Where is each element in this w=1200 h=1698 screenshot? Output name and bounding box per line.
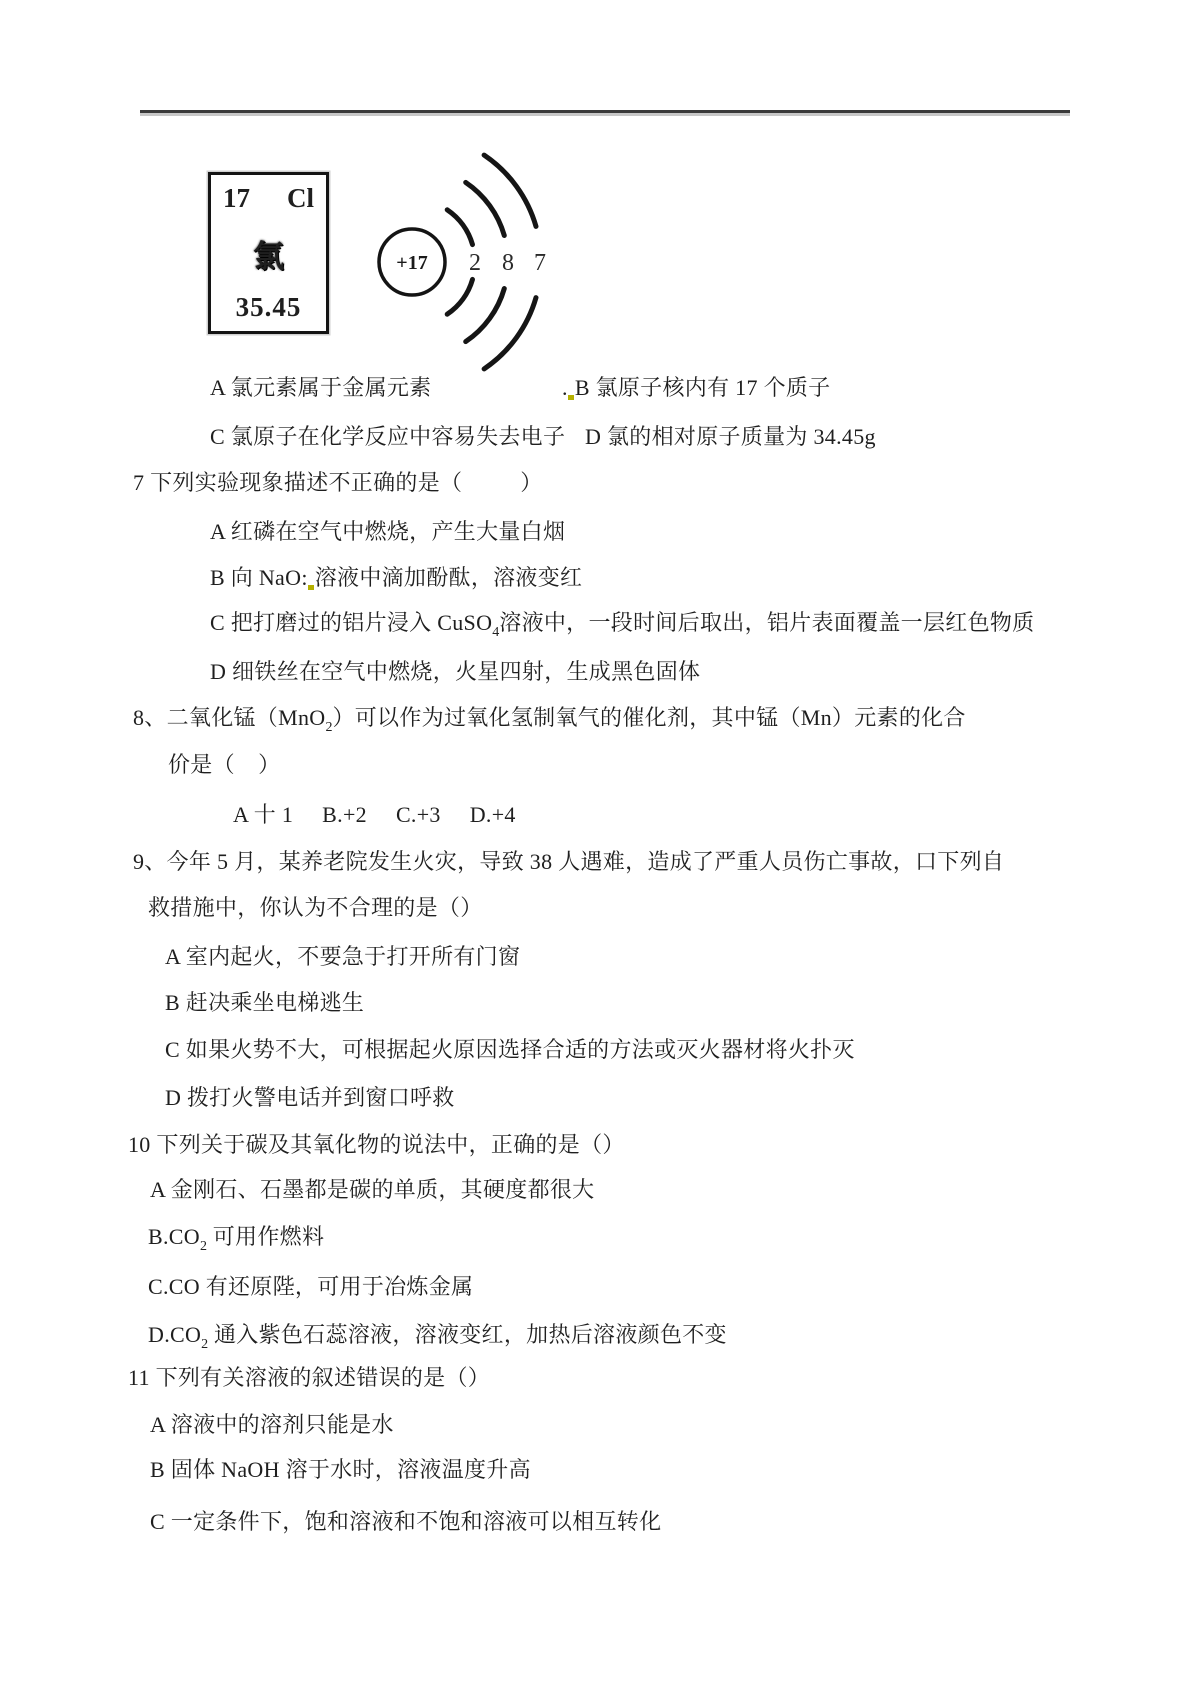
question-11-option-b: B 固体 NaOH 溶于水时，溶液温度升高 <box>150 1456 531 1484</box>
electron-shell-arc <box>447 210 472 245</box>
atom-diagram: +17 2 8 7 <box>340 130 580 390</box>
question-9-option-a: A 室内起火，不要急于打开所有门窗 <box>165 943 520 971</box>
option-text-pre: B.CO <box>148 1224 200 1249</box>
stem-text-post: ）可以作为过氧化氢制氧气的催化剂，其中锰（Mn）元素的化合 <box>332 705 965 730</box>
element-question-option-c: C 氯原子在化学反应中容易失去电子 <box>210 423 565 451</box>
element-name: 氯 <box>219 231 318 276</box>
question-7-option-b: B 向 NaO:溶液中滴加酚酞，溶液变红 <box>210 564 582 592</box>
chemical-subscript: 2 <box>200 1239 207 1254</box>
question-7-stem: 7 下列实验现象描述不正确的是（ ） <box>133 469 543 497</box>
element-question-option-a: A 氯元素属于金属元素 <box>210 374 431 402</box>
element-question-option-d: D 氯的相对原子质量为 34.45g <box>585 423 876 451</box>
shell-count-m: 7 <box>534 250 546 276</box>
question-9-stem-line-2: 救措施中，你认为不合理的是（） <box>148 894 483 922</box>
question-10-option-d: D.CO2 通入紫色石蕊溶液，溶液变红，加热后溶液颜色不变 <box>148 1321 727 1359</box>
question-9-stem-line-1: 9、今年 5 月，某养老院发生火灾，导致 38 人遇难，造成了严重人员伤亡事故，… <box>133 848 1004 876</box>
question-10-stem: 10 下列关于碳及其氧化物的说法中，正确的是（） <box>128 1131 625 1159</box>
question-8-stem-line-2: 价是（ ） <box>168 751 280 779</box>
question-7-option-d: D 细铁丝在空气中燃烧，火星四射，生成黑色固体 <box>210 658 700 686</box>
question-9-option-d: D 拨打火警电话并到窗口呼救 <box>165 1084 455 1112</box>
option-text-pre: B 向 NaO: <box>210 565 308 590</box>
nucleus-label: +17 <box>396 252 427 274</box>
highlight-mark <box>568 395 574 400</box>
question-9-option-b: B 赶决乘坐电梯逃生 <box>165 989 364 1017</box>
option-text-post: 溶液中滴加酚酞，溶液变红 <box>315 565 583 590</box>
question-8-stem-line-1: 8、二氧化锰（MnO2）可以作为过氧化氢制氧气的催化剂，其中锰（Mn）元素的化合 <box>133 704 966 742</box>
question-10-option-a: A 金刚石、石墨都是碳的单质，其硬度都很大 <box>150 1176 594 1204</box>
question-11-option-a: A 溶液中的溶剂只能是水 <box>150 1411 394 1439</box>
question-7-option-a: A 红磷在空气中燃烧，产生大量白烟 <box>210 518 565 546</box>
question-9-option-c: C 如果火势不大，可根据起火原因选择合适的方法或灭火器材将火扑灭 <box>165 1036 855 1064</box>
electron-shell-arc <box>447 279 472 314</box>
electron-shell-arc <box>484 155 536 226</box>
option-text-post: 通入紫色石蕊溶液，溶液变红，加热后溶液颜色不变 <box>208 1322 727 1347</box>
atomic-number: 17 <box>223 183 250 214</box>
option-text-pre: C 把打磨过的铝片浸入 CuSO <box>210 610 492 635</box>
atomic-mass: 35.45 <box>219 292 318 323</box>
question-11-stem: 11 下列有关溶液的叙述错误的是（） <box>128 1364 490 1392</box>
shell-count-l: 8 <box>502 250 514 276</box>
electron-shell-arc <box>466 182 505 235</box>
option-text-pre: D.CO <box>148 1322 201 1347</box>
question-10-option-c: C.CO 有还原陛，可用于冶炼金属 <box>148 1273 473 1301</box>
element-card-header: 17 Cl <box>219 183 318 214</box>
question-10-option-b: B.CO2 可用作燃料 <box>148 1223 324 1261</box>
electron-shell-arc <box>484 298 536 369</box>
shell-count-k: 2 <box>469 250 481 276</box>
top-rule <box>140 110 1070 113</box>
stem-text-pre: 8、二氧化锰（MnO <box>133 705 325 730</box>
option-text-post: 可用作燃料 <box>207 1224 324 1249</box>
option-b-text: B 氯原子核内有 17 个质子 <box>575 375 831 400</box>
question-11-option-c: C 一定条件下，饱和溶液和不饱和溶液可以相互转化 <box>150 1508 661 1536</box>
question-7-option-c: C 把打磨过的铝片浸入 CuSO4溶液中，一段时间后取出，铝片表面覆盖一层红色物… <box>210 609 1034 647</box>
question-8-options: A 十 1 B.+2 C.+3 D.+4 <box>233 801 516 829</box>
option-text-post: 溶液中，一段时间后取出，铝片表面覆盖一层红色物质 <box>499 610 1034 635</box>
highlight-mark <box>308 585 314 590</box>
element-question-option-b: .B 氯原子核内有 17 个质子 <box>562 374 831 402</box>
element-symbol: Cl <box>287 183 314 214</box>
element-card: 17 Cl 氯 35.45 <box>208 172 329 334</box>
electron-shell-arc <box>466 289 505 342</box>
